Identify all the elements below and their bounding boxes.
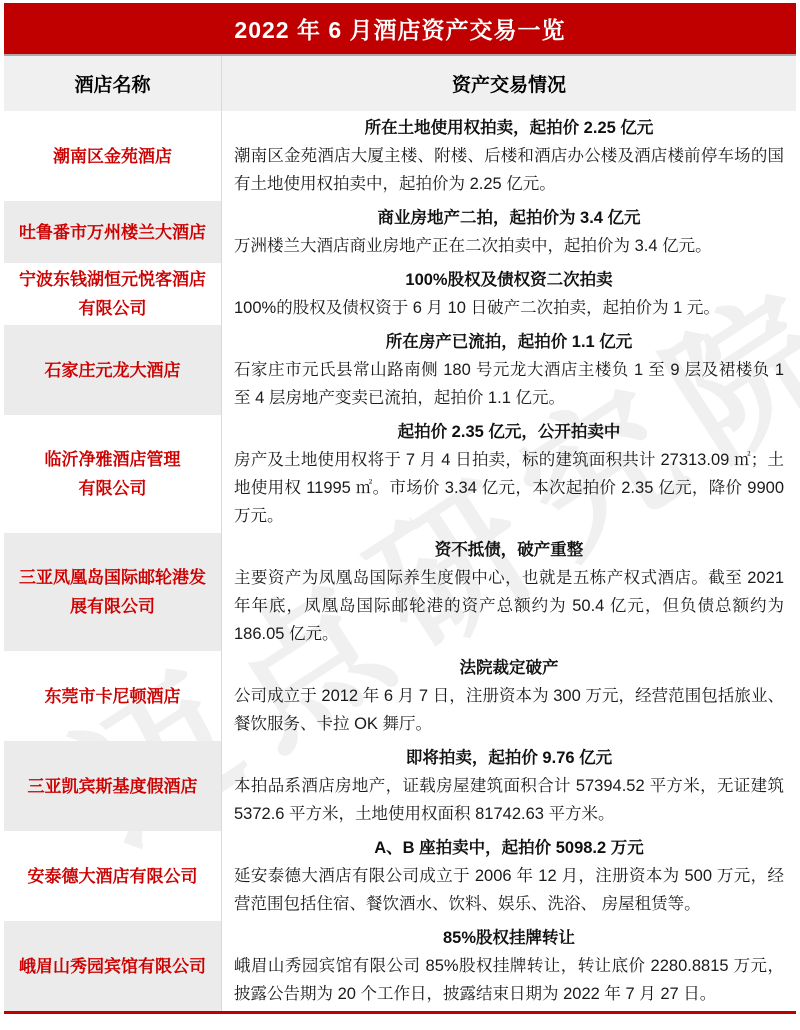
transaction-cell: 法院裁定破产 公司成立于 2012 年 6 月 7 日，注册资本为 300 万元…: [221, 651, 796, 741]
page-title: 2022 年 6 月酒店资产交易一览: [4, 3, 796, 56]
transaction-cell: A、B 座拍卖中，起拍价 5098.2 万元 延安泰德大酒店有限公司成立于 20…: [221, 831, 796, 921]
hotel-name: 临沂净雅酒店管理 有限公司: [45, 445, 181, 503]
hotel-name: 三亚凯宾斯基度假酒店: [28, 772, 198, 801]
hotel-name-cell: 宁波东钱湖恒元悦客酒店 有限公司: [4, 263, 221, 325]
hotel-name-cell: 吐鲁番市万州楼兰大酒店: [4, 201, 221, 263]
transaction-headline: 即将拍卖，起拍价 9.76 亿元: [234, 744, 784, 772]
transaction-cell: 商业房地产二拍，起拍价为 3.4 亿元 万洲楼兰大酒店商业房地产正在二次拍卖中，…: [221, 201, 796, 263]
transaction-detail: 100%的股权及债权资于 6 月 10 日破产二次拍卖，起拍价为 1 元。: [234, 294, 784, 322]
table-row: 吐鲁番市万州楼兰大酒店 商业房地产二拍，起拍价为 3.4 亿元 万洲楼兰大酒店商…: [4, 201, 796, 263]
transaction-headline: 资不抵债，破产重整: [234, 536, 784, 564]
table-row: 临沂净雅酒店管理 有限公司 起拍价 2.35 亿元，公开拍卖中 房产及土地使用权…: [4, 415, 796, 533]
hotel-name: 峨眉山秀园宾馆有限公司: [19, 952, 206, 981]
table-row: 峨眉山秀园宾馆有限公司 85%股权挂牌转让 峨眉山秀园宾馆有限公司 85%股权挂…: [4, 921, 796, 1011]
hotel-name-cell: 石家庄元龙大酒店: [4, 325, 221, 415]
table-row: 三亚凯宾斯基度假酒店 即将拍卖，起拍价 9.76 亿元 本拍品系酒店房地产，证载…: [4, 741, 796, 831]
hotel-name-cell: 三亚凤凰岛国际邮轮港发 展有限公司: [4, 533, 221, 651]
transaction-detail: 公司成立于 2012 年 6 月 7 日，注册资本为 300 万元，经营范围包括…: [234, 682, 784, 738]
transaction-cell: 所在土地使用权拍卖，起拍价 2.25 亿元 潮南区金苑酒店大厦主楼、附楼、后楼和…: [221, 111, 796, 201]
hotel-name-cell: 三亚凯宾斯基度假酒店: [4, 741, 221, 831]
table-row: 宁波东钱湖恒元悦客酒店 有限公司 100%股权及债权资二次拍卖 100%的股权及…: [4, 263, 796, 325]
transaction-detail: 房产及土地使用权将于 7 月 4 日拍卖，标的建筑面积共计 27313.09 ㎡…: [234, 446, 784, 530]
hotel-name-cell: 峨眉山秀园宾馆有限公司: [4, 921, 221, 1011]
transaction-headline: 所在房产已流拍，起拍价 1.1 亿元: [234, 328, 784, 356]
transaction-headline: 85%股权挂牌转让: [234, 924, 784, 952]
table-row: 安泰德大酒店有限公司 A、B 座拍卖中，起拍价 5098.2 万元 延安泰德大酒…: [4, 831, 796, 921]
transaction-detail: 峨眉山秀园宾馆有限公司 85%股权挂牌转让，转让底价 2280.8815 万元，…: [234, 952, 784, 1008]
table-row: 东莞市卡尼顿酒店 法院裁定破产 公司成立于 2012 年 6 月 7 日，注册资…: [4, 651, 796, 741]
hotel-name-cell: 东莞市卡尼顿酒店: [4, 651, 221, 741]
table-row: 三亚凤凰岛国际邮轮港发 展有限公司 资不抵债，破产重整 主要资产为凤凰岛国际养生…: [4, 533, 796, 651]
transaction-cell: 即将拍卖，起拍价 9.76 亿元 本拍品系酒店房地产，证载房屋建筑面积合计 57…: [221, 741, 796, 831]
hotel-name: 东莞市卡尼顿酒店: [45, 682, 181, 711]
hotel-name: 潮南区金苑酒店: [53, 142, 172, 171]
transaction-headline: 法院裁定破产: [234, 654, 784, 682]
column-header-transaction: 资产交易情况: [221, 56, 796, 111]
transaction-cell: 100%股权及债权资二次拍卖 100%的股权及债权资于 6 月 10 日破产二次…: [221, 263, 796, 325]
transaction-detail: 本拍品系酒店房地产，证载房屋建筑面积合计 57394.52 平方米，无证建筑 5…: [234, 772, 784, 828]
transaction-cell: 85%股权挂牌转让 峨眉山秀园宾馆有限公司 85%股权挂牌转让，转让底价 228…: [221, 921, 796, 1011]
transaction-cell: 资不抵债，破产重整 主要资产为凤凰岛国际养生度假中心，也就是五栋产权式酒店。截至…: [221, 533, 796, 651]
hotel-name: 石家庄元龙大酒店: [45, 356, 181, 385]
transaction-cell: 所在房产已流拍，起拍价 1.1 亿元 石家庄市元氏县常山路南侧 180 号元龙大…: [221, 325, 796, 415]
transaction-headline: 100%股权及债权资二次拍卖: [234, 266, 784, 294]
hotel-name-cell: 潮南区金苑酒店: [4, 111, 221, 201]
bottom-red-rule: [4, 1011, 796, 1014]
transaction-headline: 商业房地产二拍，起拍价为 3.4 亿元: [234, 204, 784, 232]
hotel-name: 三亚凤凰岛国际邮轮港发 展有限公司: [19, 563, 206, 621]
table-row: 石家庄元龙大酒店 所在房产已流拍，起拍价 1.1 亿元 石家庄市元氏县常山路南侧…: [4, 325, 796, 415]
transaction-detail: 延安泰德大酒店有限公司成立于 2006 年 12 月，注册资本为 500 万元，…: [234, 862, 784, 918]
transaction-detail: 主要资产为凤凰岛国际养生度假中心，也就是五栋产权式酒店。截至 2021 年年底，…: [234, 564, 784, 648]
transaction-headline: 所在土地使用权拍卖，起拍价 2.25 亿元: [234, 114, 784, 142]
table-body: 潮南区金苑酒店 所在土地使用权拍卖，起拍价 2.25 亿元 潮南区金苑酒店大厦主…: [4, 111, 796, 1011]
table-row: 潮南区金苑酒店 所在土地使用权拍卖，起拍价 2.25 亿元 潮南区金苑酒店大厦主…: [4, 111, 796, 201]
transaction-headline: 起拍价 2.35 亿元，公开拍卖中: [234, 418, 784, 446]
transaction-table: 2022 年 6 月酒店资产交易一览 酒店名称 资产交易情况 潮南区金苑酒店 所…: [4, 3, 796, 1014]
hotel-name: 安泰德大酒店有限公司: [28, 862, 198, 891]
table-header-row: 酒店名称 资产交易情况: [4, 56, 796, 111]
hotel-name: 宁波东钱湖恒元悦客酒店 有限公司: [19, 265, 206, 323]
transaction-cell: 起拍价 2.35 亿元，公开拍卖中 房产及土地使用权将于 7 月 4 日拍卖，标…: [221, 415, 796, 533]
column-header-hotel-name: 酒店名称: [4, 56, 221, 111]
hotel-name-cell: 临沂净雅酒店管理 有限公司: [4, 415, 221, 533]
transaction-detail: 潮南区金苑酒店大厦主楼、附楼、后楼和酒店办公楼及酒店楼前停车场的国有土地使用权拍…: [234, 142, 784, 198]
hotel-name: 吐鲁番市万州楼兰大酒店: [19, 218, 206, 247]
transaction-detail: 石家庄市元氏县常山路南侧 180 号元龙大酒店主楼负 1 至 9 层及裙楼负 1…: [234, 356, 784, 412]
transaction-detail: 万洲楼兰大酒店商业房地产正在二次拍卖中，起拍价为 3.4 亿元。: [234, 232, 784, 260]
hotel-name-cell: 安泰德大酒店有限公司: [4, 831, 221, 921]
transaction-headline: A、B 座拍卖中，起拍价 5098.2 万元: [234, 834, 784, 862]
